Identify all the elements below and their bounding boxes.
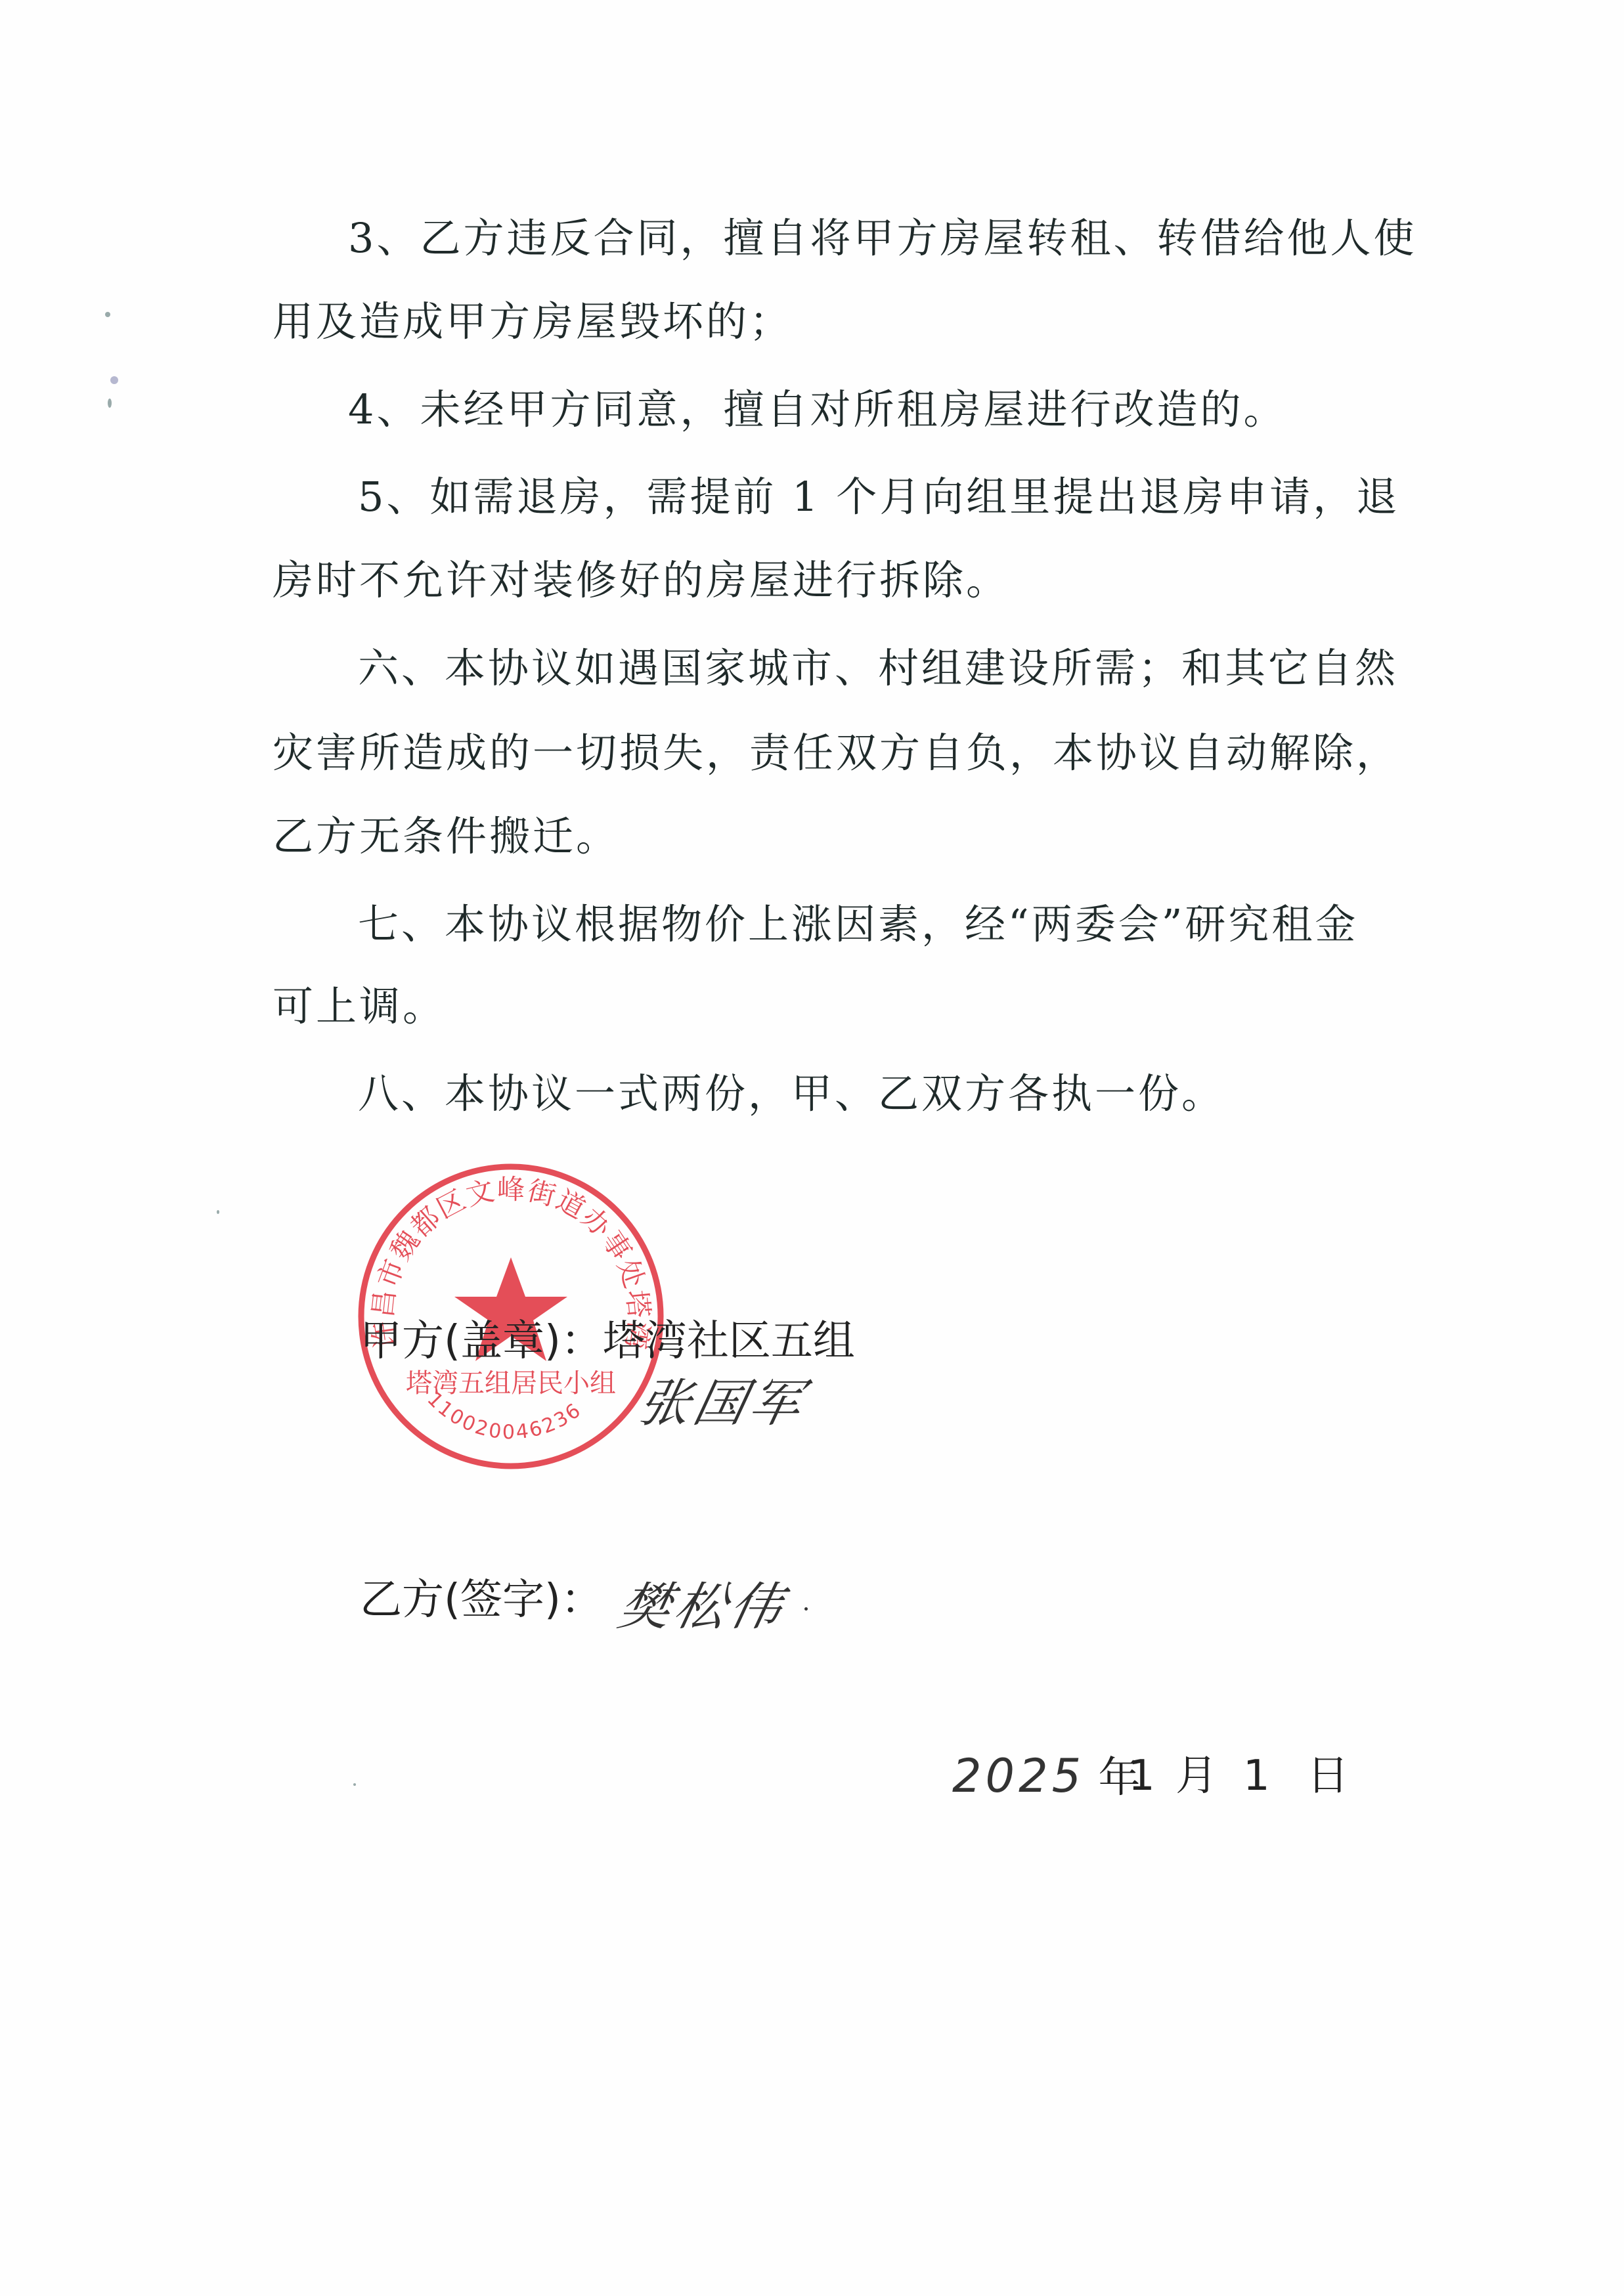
date-year: 2025	[952, 1749, 1085, 1803]
scan-speck	[353, 1783, 356, 1786]
scan-speck	[105, 312, 110, 317]
party-a-row: 甲方(盖章)：塔湾社区五组	[360, 1315, 855, 1368]
party-a-signature: 张国军	[632, 1362, 814, 1436]
date-day-label: 日	[1307, 1750, 1349, 1802]
party-a-label: 甲方(盖章)：	[360, 1317, 603, 1366]
party-b-label: 乙方(签字)：	[360, 1574, 603, 1626]
date-day-value: 1	[1243, 1750, 1270, 1802]
clause-6-line-1: 六、本协议如遇国家城市、村组建设所需；和其它自然	[358, 642, 1487, 695]
clause-3-line-1: 3、乙方违反合同，擅自将甲方房屋转租、转借给他人使	[348, 212, 1478, 265]
clause-5-line-1: 5、如需退房，需提前 1 个月向组里提出退房申请，退	[358, 471, 1487, 523]
scan-speck	[804, 1607, 808, 1611]
clause-7-line-2: 可上调。	[273, 980, 1402, 1033]
scan-speck	[108, 399, 112, 408]
clause-5-line-2: 房时不允许对装修好的房屋进行拆除。	[273, 554, 1402, 607]
clause-8-line-1: 八、本协议一式两份，甲、乙双方各执一份。	[358, 1068, 1487, 1120]
date-row: 2025 年	[952, 1750, 1141, 1804]
date-month-value: 1	[1128, 1750, 1155, 1802]
document-page: 3、乙方违反合同，擅自将甲方房屋转租、转借给他人使 用及造成甲方房屋毁坏的； 4…	[0, 0, 1624, 2296]
scan-speck	[110, 376, 118, 384]
date-month-label: 月	[1175, 1750, 1218, 1802]
clause-6-line-2: 灾害所造成的一切损失，责任双方自负，本协议自动解除，	[273, 727, 1402, 779]
scan-speck	[217, 1210, 219, 1214]
party-a-name: 塔湾社区五组	[603, 1317, 855, 1366]
clause-3-line-2: 用及造成甲方房屋毁坏的；	[273, 295, 1402, 348]
clause-4-line-1: 4、未经甲方同意，擅自对所租房屋进行改造的。	[348, 383, 1478, 436]
clause-7-line-1: 七、本协议根据物价上涨因素，经“两委会”研究租金	[358, 898, 1487, 951]
party-b-signature: 樊松伟	[613, 1566, 794, 1639]
clause-6-line-3: 乙方无条件搬迁。	[273, 810, 1402, 863]
